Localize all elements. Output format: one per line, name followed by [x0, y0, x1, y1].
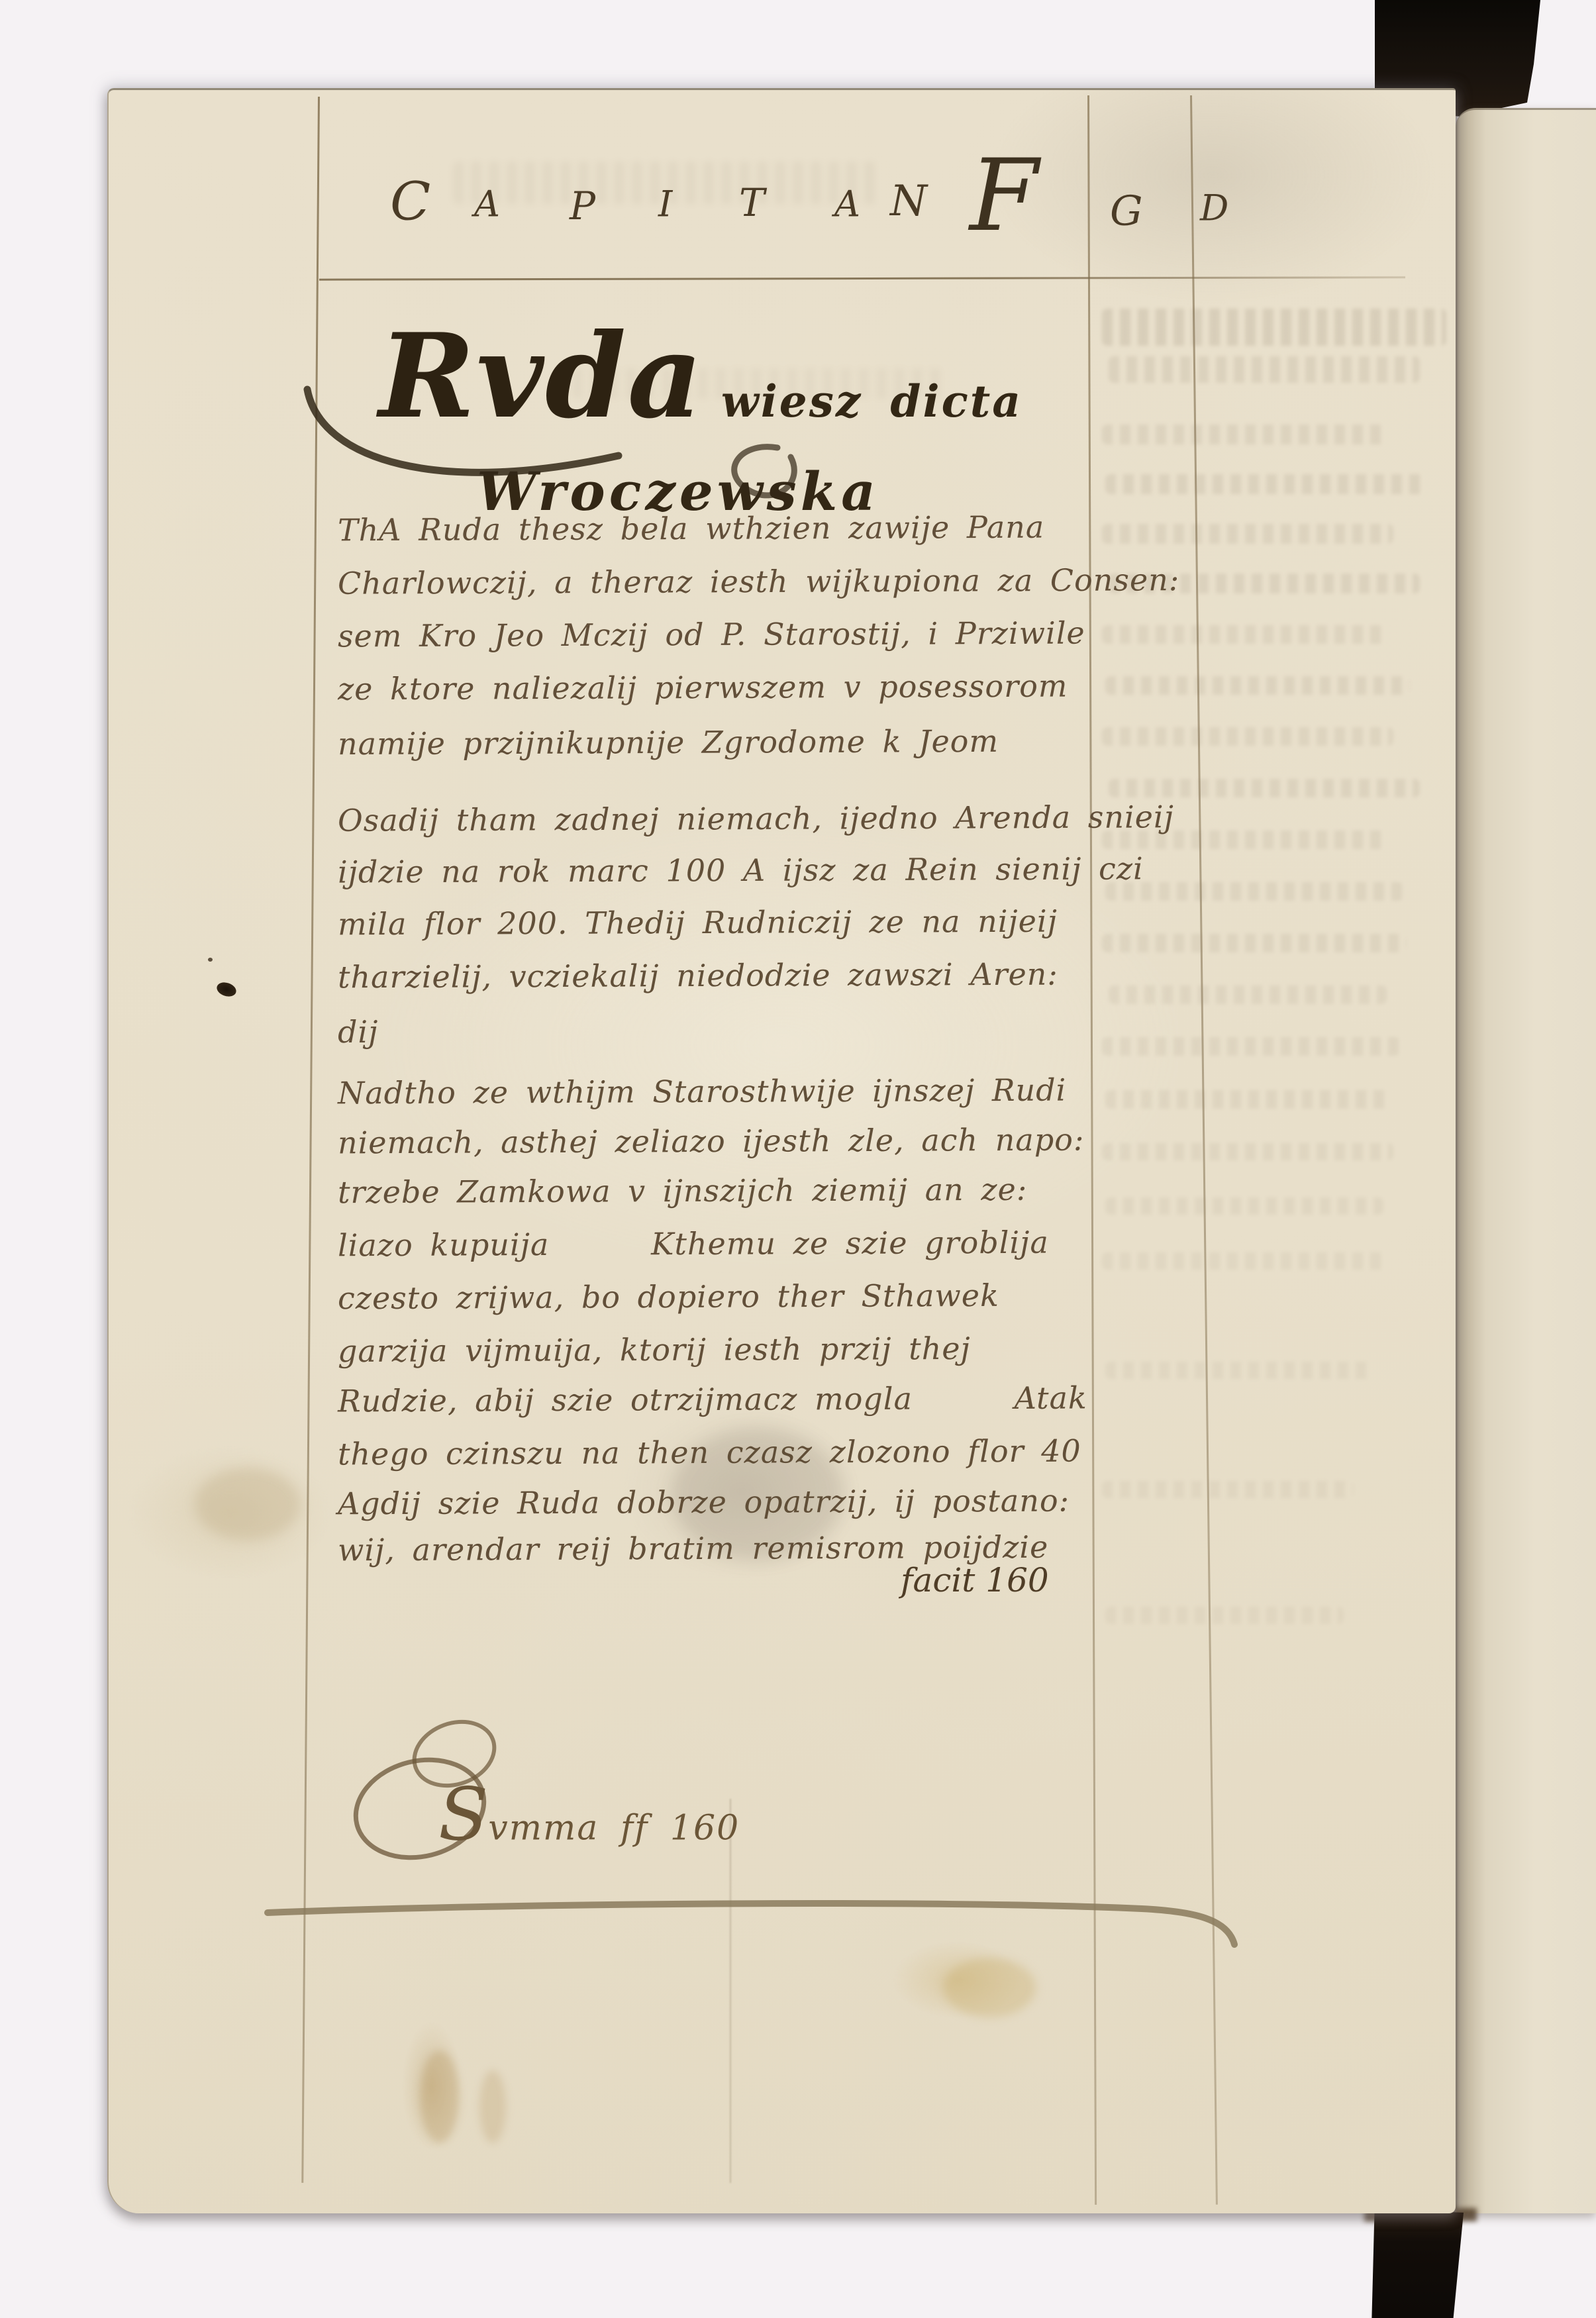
bleedthrough-mark — [1102, 524, 1393, 544]
bleedthrough-mark — [1102, 309, 1446, 346]
manuscript-page: C A P I T A N F G D Rvda wiesz dicta Wro… — [107, 88, 1456, 2213]
bleedthrough-mark — [1105, 474, 1423, 494]
bleedthrough-mark — [1105, 1090, 1390, 1109]
header-letter: A — [474, 183, 500, 225]
header-column-letter: D — [1200, 187, 1228, 229]
ink-blot-dot — [208, 958, 213, 962]
bleedthrough-mark — [1102, 425, 1387, 444]
manuscript-line: trzebe Zamkowa v ijnszijch ziemij an ze: — [338, 1172, 1028, 1211]
paper-stain — [943, 1958, 1036, 2017]
header-letter: A — [834, 183, 860, 225]
manuscript-line: ze ktore naliezalij pierwszem v posessor… — [338, 668, 1068, 707]
page-title: Rvda wiesz dicta — [379, 319, 1022, 434]
manuscript-line: niemach, asthej zeliazo ijesth zle, ach … — [338, 1122, 1085, 1161]
header-letter: C — [390, 171, 430, 232]
manuscript-line: dij — [338, 1014, 379, 1050]
paper-crease — [730, 1799, 731, 2183]
bleedthrough-mark — [1105, 882, 1403, 901]
header-letter: P — [570, 183, 595, 228]
bookmark-ribbon-bottom — [1371, 2209, 1464, 2318]
bleedthrough-mark — [1102, 727, 1393, 746]
header-letter: I — [658, 183, 672, 225]
bleedthrough-mark — [1109, 779, 1420, 797]
manuscript-line: ijdzie na rok marc 100 A ijsz za Rein si… — [338, 850, 1144, 889]
bleedthrough-mark — [1102, 934, 1407, 952]
bleedthrough-mark — [1102, 1143, 1393, 1160]
manuscript-line: czesto zrijwa, bo dopiero ther Sthawek — [338, 1278, 999, 1316]
manuscript-line: sem Kro Jeo Mczij od P. Starostij, i Prz… — [338, 615, 1085, 654]
summa-text: vmma ff 160 — [488, 1809, 740, 1848]
paper-stain — [420, 2050, 460, 2143]
bleedthrough-mark — [1102, 1252, 1387, 1270]
summa-line: Svmma ff 160 — [438, 1786, 740, 1848]
bleedthrough-mark — [1105, 1362, 1370, 1379]
title-word-main: Rvda — [379, 319, 704, 434]
paper-stain — [479, 2070, 506, 2143]
manuscript-line: ThA Ruda thesz bela wthzien zawije Pana — [338, 509, 1044, 548]
manuscript-line: Agdij szie Ruda dobrze opatrzij, ij post… — [338, 1483, 1070, 1522]
manuscript-line: mila flor 200. Thedij Rudniczij ze na ni… — [338, 903, 1058, 942]
header-rule-horizontal — [319, 276, 1405, 280]
bleedthrough-mark — [1105, 676, 1410, 695]
bleedthrough-mark — [1102, 1481, 1354, 1498]
manuscript-line: Rudzie, abij szie otrzijmacz mogla Atak — [338, 1380, 1087, 1419]
bleedthrough-mark — [1102, 625, 1387, 644]
bleedthrough-mark — [1105, 1607, 1344, 1624]
margin-rule-right-1 — [1087, 95, 1097, 2205]
bleedthrough-mark — [1102, 1037, 1400, 1056]
header-letter: N — [890, 177, 927, 226]
manuscript-line: liazo kupuija Kthemu ze szie groblija — [338, 1225, 1049, 1264]
bleedthrough-mark — [1109, 356, 1420, 383]
manuscript-line: Nadtho ze wthijm Starosthwije ijnszej Ru… — [338, 1072, 1067, 1111]
facit-total: facit 160 — [901, 1561, 1049, 1599]
manuscript-line: Charlowczij, a theraz iesth wijkupiona z… — [338, 562, 1180, 601]
paper-stain — [195, 1468, 301, 1540]
header-column-letter: G — [1110, 187, 1143, 235]
manuscript-line: Osadij tham zadnej niemach, ijedno Arend… — [338, 799, 1174, 838]
manuscript-line: thego czinszu na then czasz zlozono flor… — [338, 1433, 1081, 1472]
bleedthrough-mark — [1105, 1197, 1383, 1215]
manuscript-line: garzija vijmuija, ktorij iesth przij the… — [338, 1331, 971, 1369]
header-letter: T — [739, 180, 765, 225]
header-flourish: F — [970, 138, 1038, 254]
bleedthrough-mark — [1109, 985, 1387, 1004]
ink-blot — [215, 980, 238, 999]
margin-rule-left — [301, 97, 320, 2183]
manuscript-line: namije przijnikupnije Zgrodome k Jeom — [338, 723, 999, 762]
summa-initial: S — [438, 1772, 488, 1857]
book-scan: { "colors": { "scan_background": "#f5f2f… — [0, 0, 1596, 2318]
manuscript-line: tharzielij, vcziekalij niedodzie zawszi … — [338, 956, 1058, 995]
facing-page-edge — [1456, 108, 1596, 2213]
title-line1-rest: wiesz dicta — [721, 379, 1022, 423]
